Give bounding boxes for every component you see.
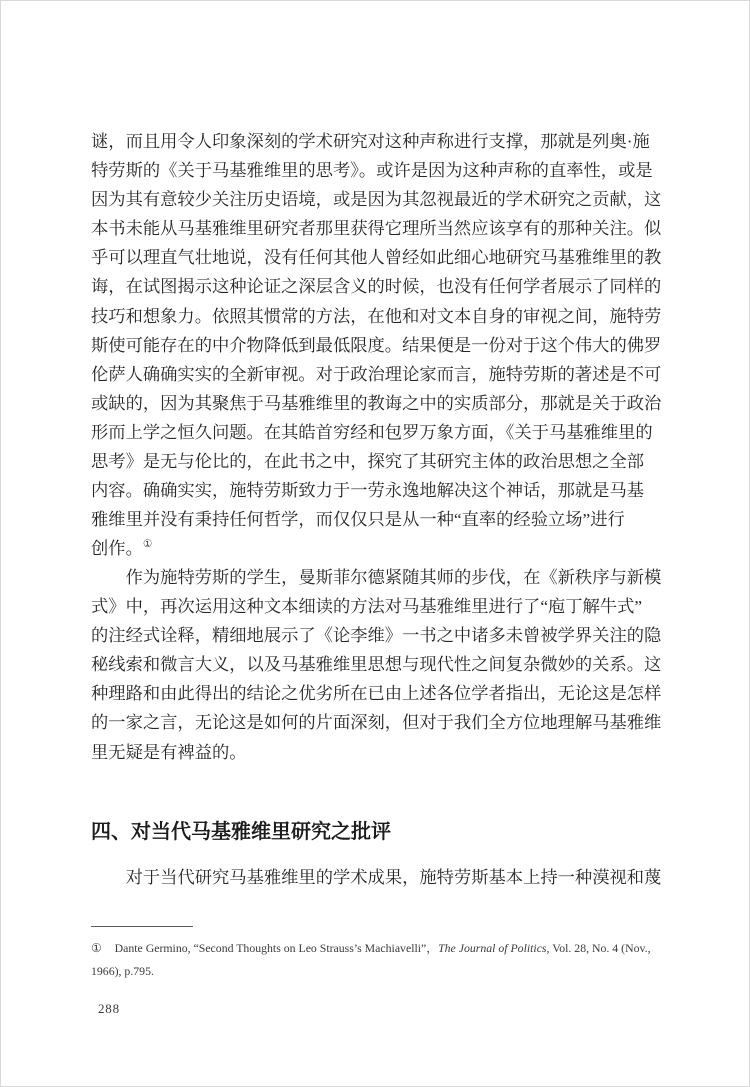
- footnote-line: 1966), p.795.: [91, 960, 667, 983]
- body-text-line: 对于当代研究马基雅维里的学术成果，施特劳斯基本上持一种漠视和蔑: [91, 863, 667, 892]
- body-text-line: 式》中，再次运用这种文本细读的方法对马基雅维里进行了“庖丁解牛式”: [91, 592, 667, 621]
- body-text-line: 里无疑是有裨益的。: [91, 738, 667, 767]
- footnote-citation-text: , Vol. 28, No. 4 (Nov.,: [547, 941, 651, 955]
- body-text-line: 谜，而且用令人印象深刻的学术研究对这种声称进行支撑，那就是列奥·施: [91, 127, 667, 156]
- footnote: ①Dante Germino, “Second Thoughts on Leo …: [91, 937, 667, 982]
- body-text-line: 乎可以理直气壮地说，没有任何其他人曾经如此细心地研究马基雅维里的教: [91, 243, 667, 272]
- body-text-line: 雅维里并没有秉持任何哲学，而仅仅只是从一种“直率的经验立场”进行: [91, 505, 667, 534]
- section-heading: 四、对当代马基雅维里研究之批评: [91, 817, 391, 847]
- body-text-line: 本书未能从马基雅维里研究者那里获得它理所当然应该享有的那种关注。似: [91, 214, 667, 243]
- body-text-line: 斯使可能存在的中介物降低到最低限度。结果便是一份对于这个伟大的佛罗: [91, 331, 667, 360]
- body-text-line: 特劳斯的《关于马基雅维里的思考》。或许是因为这种声称的直率性，或是: [91, 156, 667, 185]
- paragraph: 作为施特劳斯的学生，曼斯菲尔德紧随其师的步伐，在《新秩序与新模 式》中，再次运用…: [91, 563, 667, 767]
- footnote-divider: [91, 926, 193, 927]
- book-page: 谜，而且用令人印象深刻的学术研究对这种声称进行支撑，那就是列奥·施 特劳斯的《关…: [0, 0, 750, 1087]
- body-text-line: 的注经式诠释，精细地展示了《论李维》一书之中诸多未曾被学界关注的隐: [91, 621, 667, 650]
- body-text-line: 或缺的，因为其聚焦于马基雅维里的教诲之中的实质部分，那就是关于政治: [91, 389, 667, 418]
- footnote-marker: ①: [91, 941, 102, 955]
- body-text-line: 内容。确确实实，施特劳斯致力于一劳永逸地解决这个神话，那就是马基: [91, 476, 667, 505]
- body-text: 创作。: [91, 539, 143, 558]
- paragraph-continued: 谜，而且用令人印象深刻的学术研究对这种声称进行支撑，那就是列奥·施 特劳斯的《关…: [91, 127, 667, 563]
- body-text-line: 作为施特劳斯的学生，曼斯菲尔德紧随其师的步伐，在《新秩序与新模: [91, 563, 667, 592]
- body-text-line: 创作。①: [91, 534, 667, 563]
- footnote-journal-title: The Journal of Politics: [438, 941, 546, 955]
- body-text-line: 技巧和想象力。依照其惯常的方法，在他和对文本自身的审视之间，施特劳: [91, 302, 667, 331]
- body-text-line: 种理路和由此得出的结论之优劣所在已由上述各位学者指出，无论这是怎样: [91, 679, 667, 708]
- page-number: 288: [98, 1001, 120, 1017]
- footnote-citation-text: Dante Germino, “Second Thoughts on Leo S…: [115, 941, 438, 955]
- body-text-line: 思考》是无与伦比的，在此书之中，探究了其研究主体的政治思想之全部: [91, 447, 667, 476]
- body-text-line: 形而上学之恒久问题。在其皓首穷经和包罗万象方面，《关于马基雅维里的: [91, 418, 667, 447]
- footnote-ref-mark: ①: [143, 540, 152, 551]
- body-text-line: 秘线索和微言大义，以及马基雅维里思想与现代性之间复杂微妙的关系。这: [91, 650, 667, 679]
- body-text-line: 因为其有意较少关注历史语境，或是因为其忽视最近的学术研究之贡献，这: [91, 185, 667, 214]
- paragraph: 对于当代研究马基雅维里的学术成果，施特劳斯基本上持一种漠视和蔑: [91, 863, 667, 892]
- body-text-line: 的一家之言，无论这是如何的片面深刻，但对于我们全方位地理解马基雅维: [91, 708, 667, 737]
- footnote-line: ①Dante Germino, “Second Thoughts on Leo …: [91, 937, 667, 960]
- body-text-line: 诲，在试图揭示这种论证之深层含义的时候，也没有任何学者展示了同样的: [91, 272, 667, 301]
- body-text-line: 伦萨人确确实实的全新审视。对于政治理论家而言，施特劳斯的著述是不可: [91, 360, 667, 389]
